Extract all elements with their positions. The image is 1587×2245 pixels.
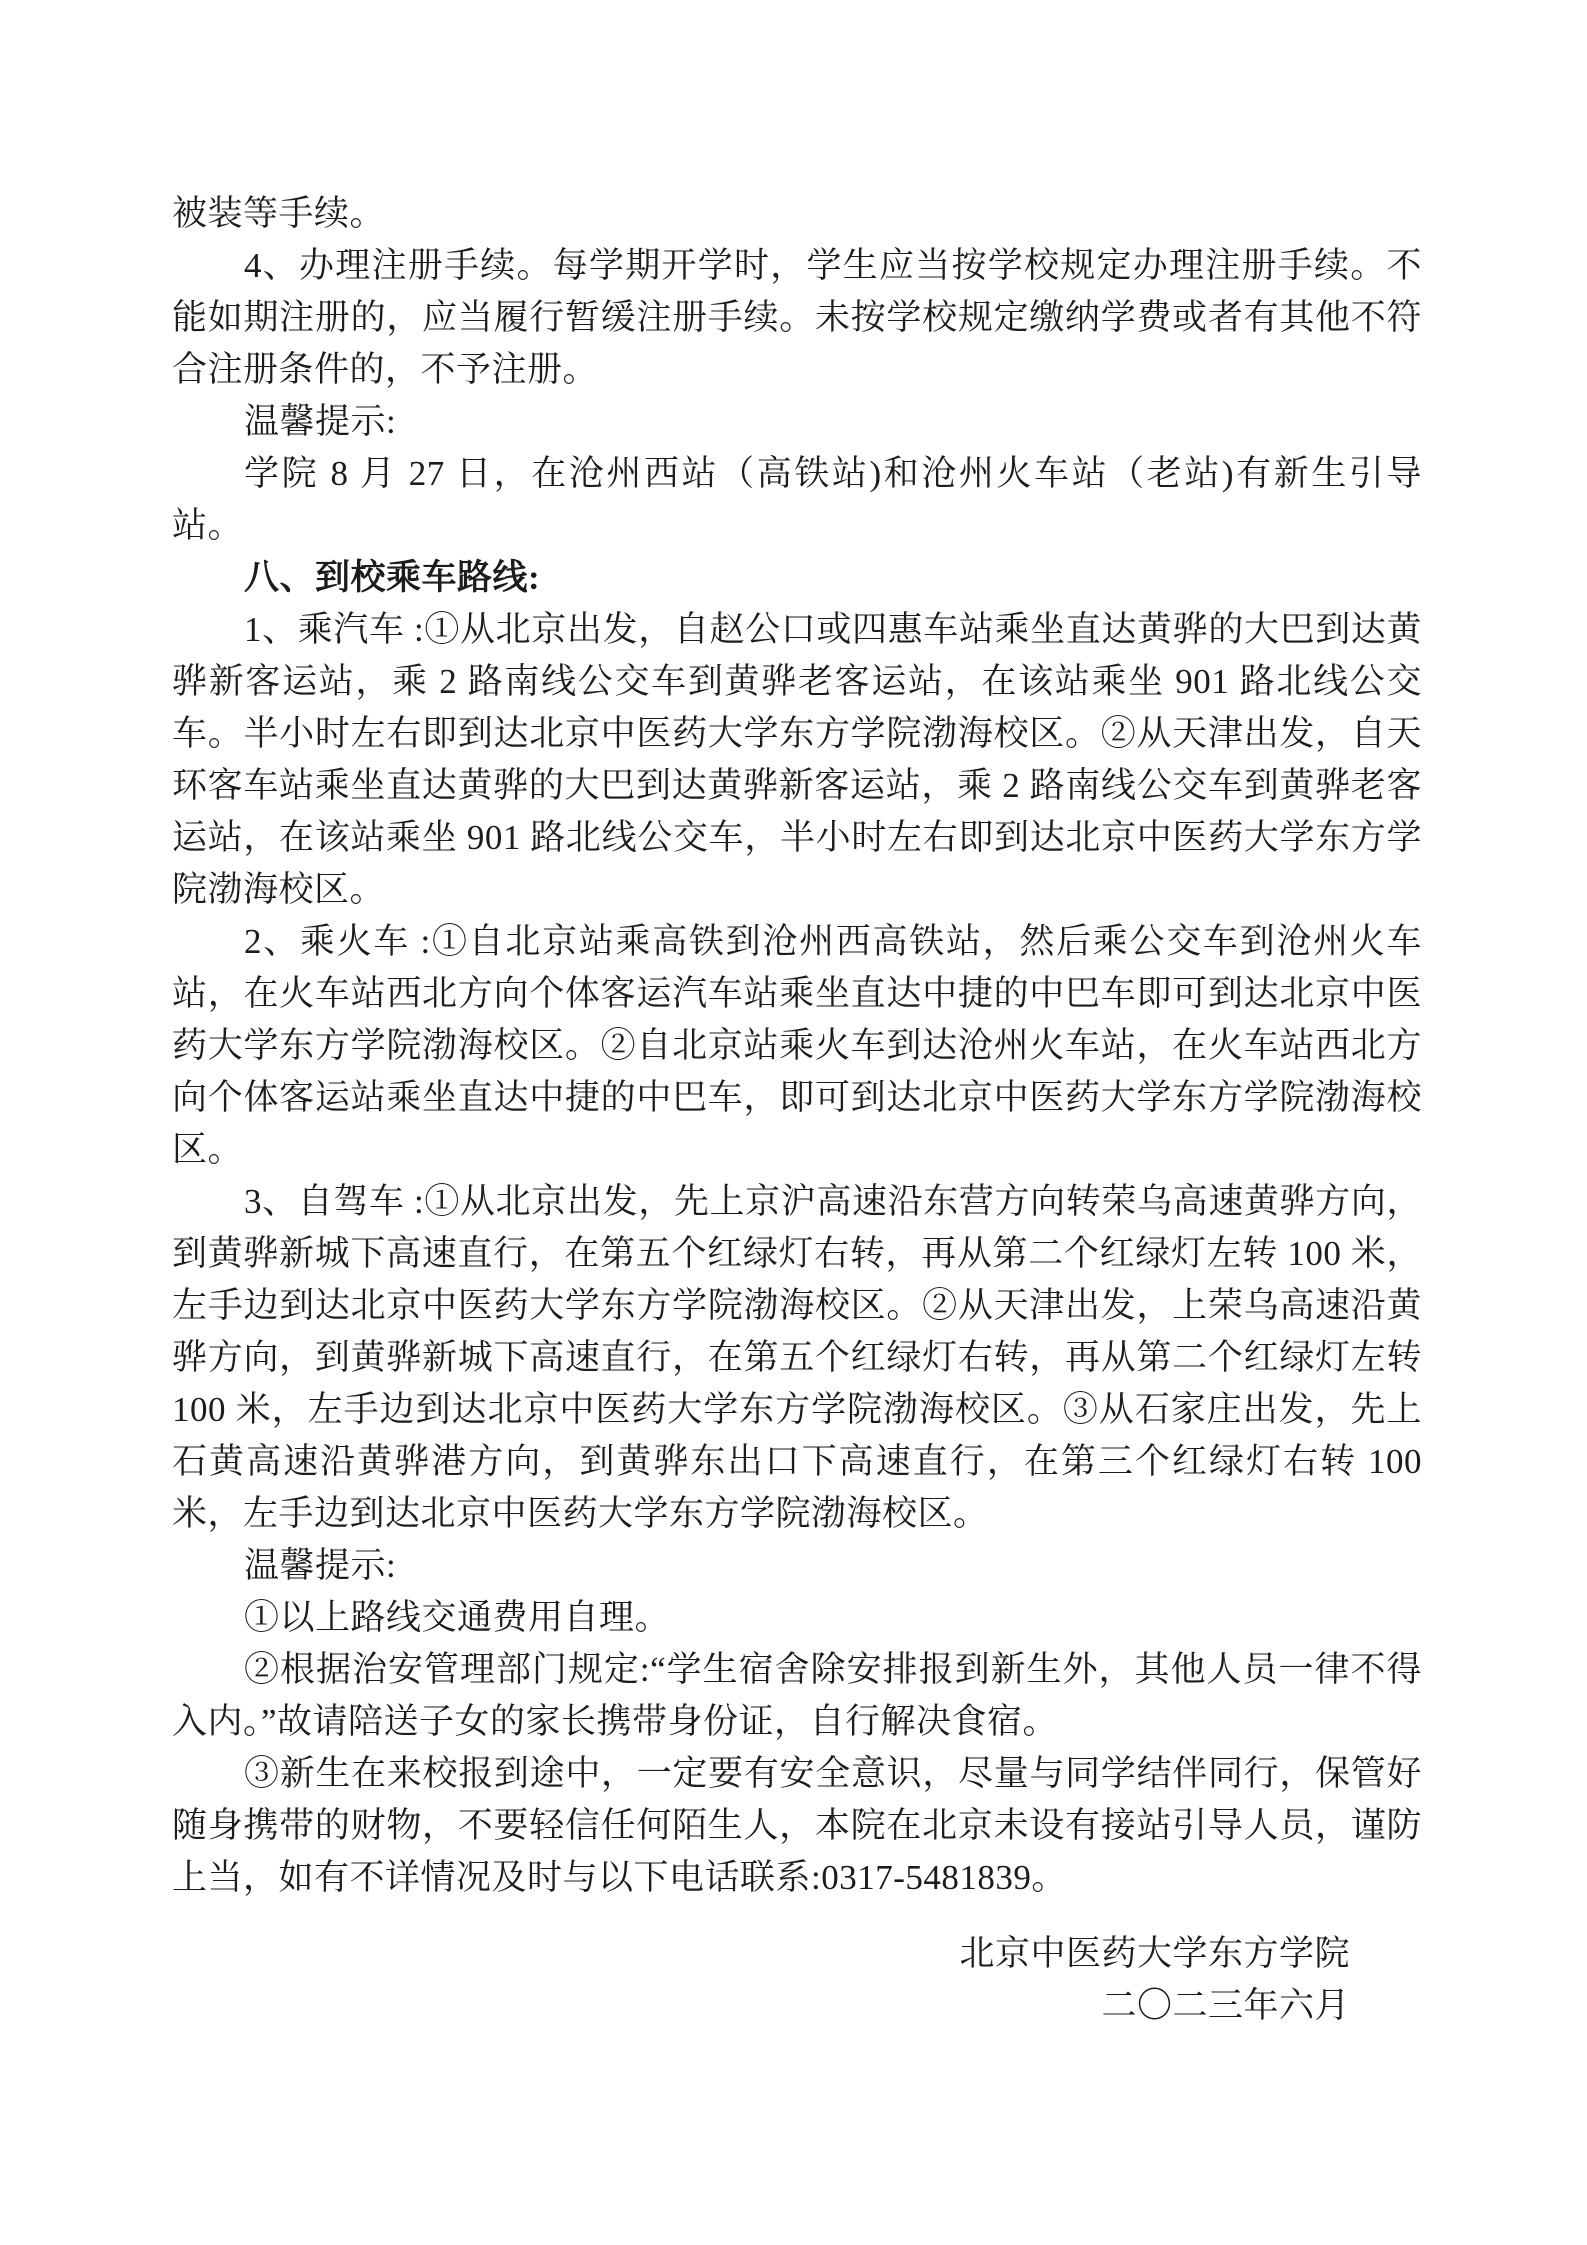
signature-date: 二〇二三年六月: [172, 1980, 1350, 2032]
para-tip-dormitory-rule: ②根据治安管理部门规定:“学生宿舍除安排报到新生外，其他人员一律不得入内。”故请…: [172, 1644, 1422, 1748]
heading-section-eight-routes: 八、到校乘车路线:: [172, 552, 1422, 604]
para-tip-travel-fees: ①以上路线交通费用自理。: [172, 1592, 1422, 1644]
document-page: 被装等手续。 4、办理注册手续。每学期开学时，学生应当按学校规定办理注册手续。不…: [0, 0, 1587, 2245]
signature-school-name: 北京中医药大学东方学院: [172, 1928, 1350, 1980]
para-warm-tip-label-2: 温馨提示:: [172, 1540, 1422, 1592]
para-route-by-car: 3、自驾车 :①从北京出发，先上京沪高速沿东营方向转荣乌高速黄骅方向，到黄骅新城…: [172, 1176, 1422, 1540]
signature-block: 北京中医药大学东方学院 二〇二三年六月: [172, 1928, 1422, 2032]
document-body: 被装等手续。 4、办理注册手续。每学期开学时，学生应当按学校规定办理注册手续。不…: [172, 188, 1422, 2032]
para-guide-station-info: 学院 8 月 27 日，在沧州西站（高铁站)和沧州火车站（老站)有新生引导站。: [172, 448, 1422, 552]
para-route-by-bus: 1、乘汽车 :①从北京出发，自赵公口或四惠车站乘坐直达黄骅的大巴到达黄骅新客运站…: [172, 604, 1422, 916]
para-warm-tip-label-1: 温馨提示:: [172, 396, 1422, 448]
para-route-by-train: 2、乘火车 :①自北京站乘高铁到沧州西高铁站，然后乘公交车到沧州火车站，在火车站…: [172, 916, 1422, 1176]
para-registration-procedure: 4、办理注册手续。每学期开学时，学生应当按学校规定办理注册手续。不能如期注册的，…: [172, 240, 1422, 396]
para-tip-safety-contact: ③新生在来校报到途中，一定要有安全意识，尽量与同学结伴同行，保管好随身携带的财物…: [172, 1748, 1422, 1904]
line-continuation-luggage: 被装等手续。: [172, 188, 1422, 240]
